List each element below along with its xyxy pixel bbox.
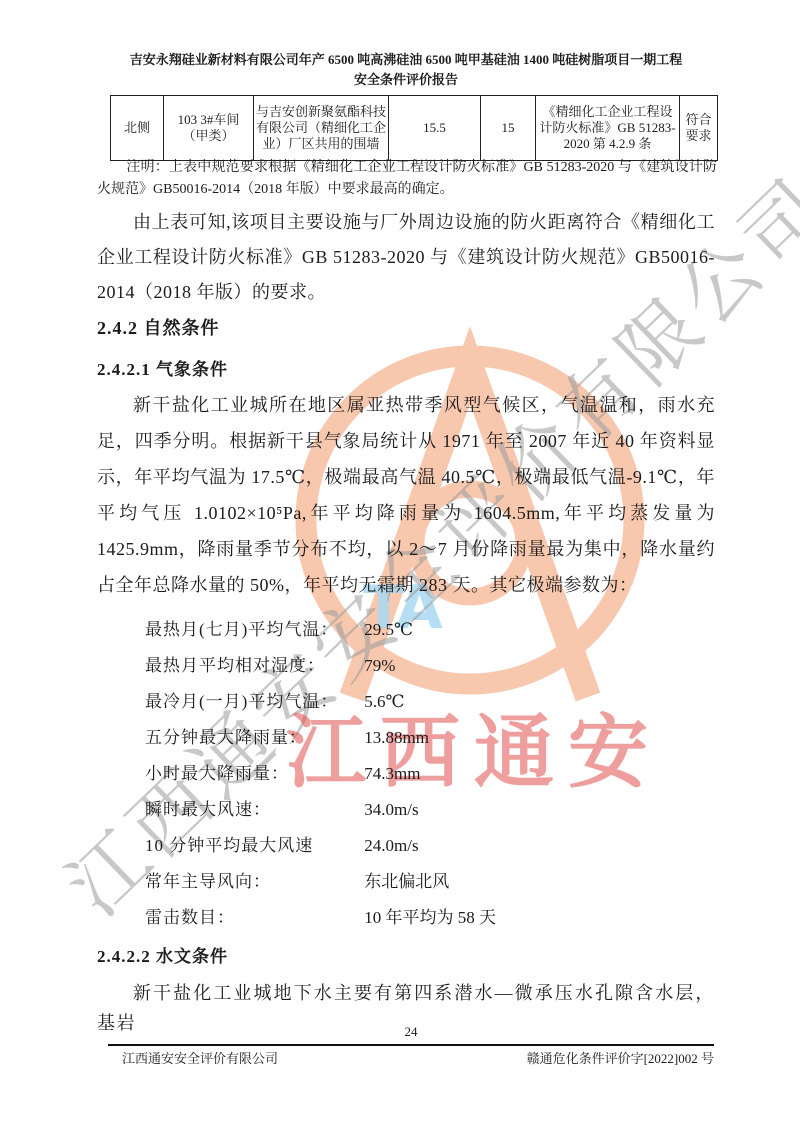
report-title-line2: 安全条件评价报告: [97, 70, 715, 90]
parameter-label: 最冷月(一月)平均气温：: [145, 684, 360, 720]
parameter-value: 74.3mm: [364, 756, 420, 792]
report-header: 吉安永翔硅业新材料有限公司年产 6500 吨高沸硅油 6500 吨甲基硅油 14…: [97, 50, 715, 90]
page-number: 24: [108, 1024, 714, 1040]
parameter-label: 五分钟最大降雨量：: [145, 720, 360, 756]
parameter-row: 五分钟最大降雨量： 13.88mm: [97, 720, 715, 756]
conclusion-paragraph: 由上表可知,该项目主要设施与厂外周边设施的防火距离符合《精细化工企业工程设计防火…: [97, 205, 715, 310]
parameter-value: 10 年平均为 58 天: [364, 900, 496, 936]
cell-direction: 北侧: [111, 96, 164, 161]
parameter-row: 最热月(七月)平均气温： 29.5℃: [97, 612, 715, 648]
cell-adjacent-object: 与吉安创新聚氨酯科技有限公司（精细化工企业）厂区共用的围墙: [254, 96, 389, 161]
climate-paragraph: 新干盐化工业城所在地区属亚热带季风型气候区，气温温和，雨水充足，四季分明。根据新…: [97, 387, 715, 603]
climate-parameters-list: 最热月(七月)平均气温： 29.5℃ 最热月平均相对湿度： 79% 最冷月(一月…: [97, 612, 715, 936]
parameter-value: 13.88mm: [364, 720, 429, 756]
parameter-row: 小时最大降雨量： 74.3mm: [97, 756, 715, 792]
parameter-label: 雷击数目：: [145, 900, 360, 936]
table-row: 北侧 103 3#车间（甲类） 与吉安创新聚氨酯科技有限公司（精细化工企业）厂区…: [111, 96, 718, 161]
footer-company: 江西通安安全评价有限公司: [122, 1050, 278, 1068]
parameter-value: 29.5℃: [364, 612, 413, 648]
parameter-row: 最冷月(一月)平均气温： 5.6℃: [97, 684, 715, 720]
footer-divider: [108, 1044, 714, 1046]
footer-doc-number: 赣通危化条件评价字[2022]002 号: [527, 1050, 714, 1068]
parameter-label: 最热月(七月)平均气温：: [145, 612, 360, 648]
table-note: 注明：上表中规范要求根据《精细化工企业工程设计防火标准》GB 51283-202…: [97, 157, 717, 201]
report-title-line1: 吉安永翔硅业新材料有限公司年产 6500 吨高沸硅油 6500 吨甲基硅油 14…: [97, 50, 715, 70]
cell-facility: 103 3#车间（甲类）: [164, 96, 254, 161]
parameter-value: 79%: [364, 648, 395, 684]
parameter-value: 24.0m/s: [364, 828, 418, 864]
parameter-label: 小时最大降雨量：: [145, 756, 360, 792]
parameter-row: 10 分钟平均最大风速 24.0m/s: [97, 828, 715, 864]
parameter-label: 瞬时最大风速：: [145, 792, 360, 828]
parameter-row: 最热月平均相对湿度： 79%: [97, 648, 715, 684]
cell-standard-basis: 《精细化工企业工程设计防火标准》GB 51283-2020 第 4.2.9 条: [536, 96, 680, 161]
parameter-value: 5.6℃: [364, 684, 404, 720]
page-footer: 江西通安安全评价有限公司 赣通危化条件评价字[2022]002 号: [108, 1050, 714, 1068]
cell-required-distance: 15: [481, 96, 536, 161]
parameter-label: 10 分钟平均最大风速: [145, 828, 360, 864]
parameter-label: 常年主导风向：: [145, 864, 360, 900]
cell-actual-distance: 15.5: [389, 96, 481, 161]
fire-distance-table: 北侧 103 3#车间（甲类） 与吉安创新聚氨酯科技有限公司（精细化工企业）厂区…: [110, 95, 718, 161]
parameter-row: 瞬时最大风速： 34.0m/s: [97, 792, 715, 828]
parameter-label: 最热月平均相对湿度：: [145, 648, 360, 684]
heading-2-4-2-1: 2.4.2.1 气象条件: [97, 355, 228, 380]
parameter-value: 东北偏北风: [364, 864, 449, 900]
document-page: TA 江西通安安全评价有限公司 江西通安 吉安永翔硅业新材料有限公司年产 650…: [0, 0, 800, 1131]
cell-conclusion: 符合要求: [680, 96, 718, 161]
heading-2-4-2: 2.4.2 自然条件: [97, 314, 220, 340]
parameter-row: 常年主导风向： 东北偏北风: [97, 864, 715, 900]
parameter-row: 雷击数目： 10 年平均为 58 天: [97, 900, 715, 936]
parameter-value: 34.0m/s: [364, 792, 418, 828]
heading-2-4-2-2: 2.4.2.2 水文条件: [97, 942, 228, 967]
